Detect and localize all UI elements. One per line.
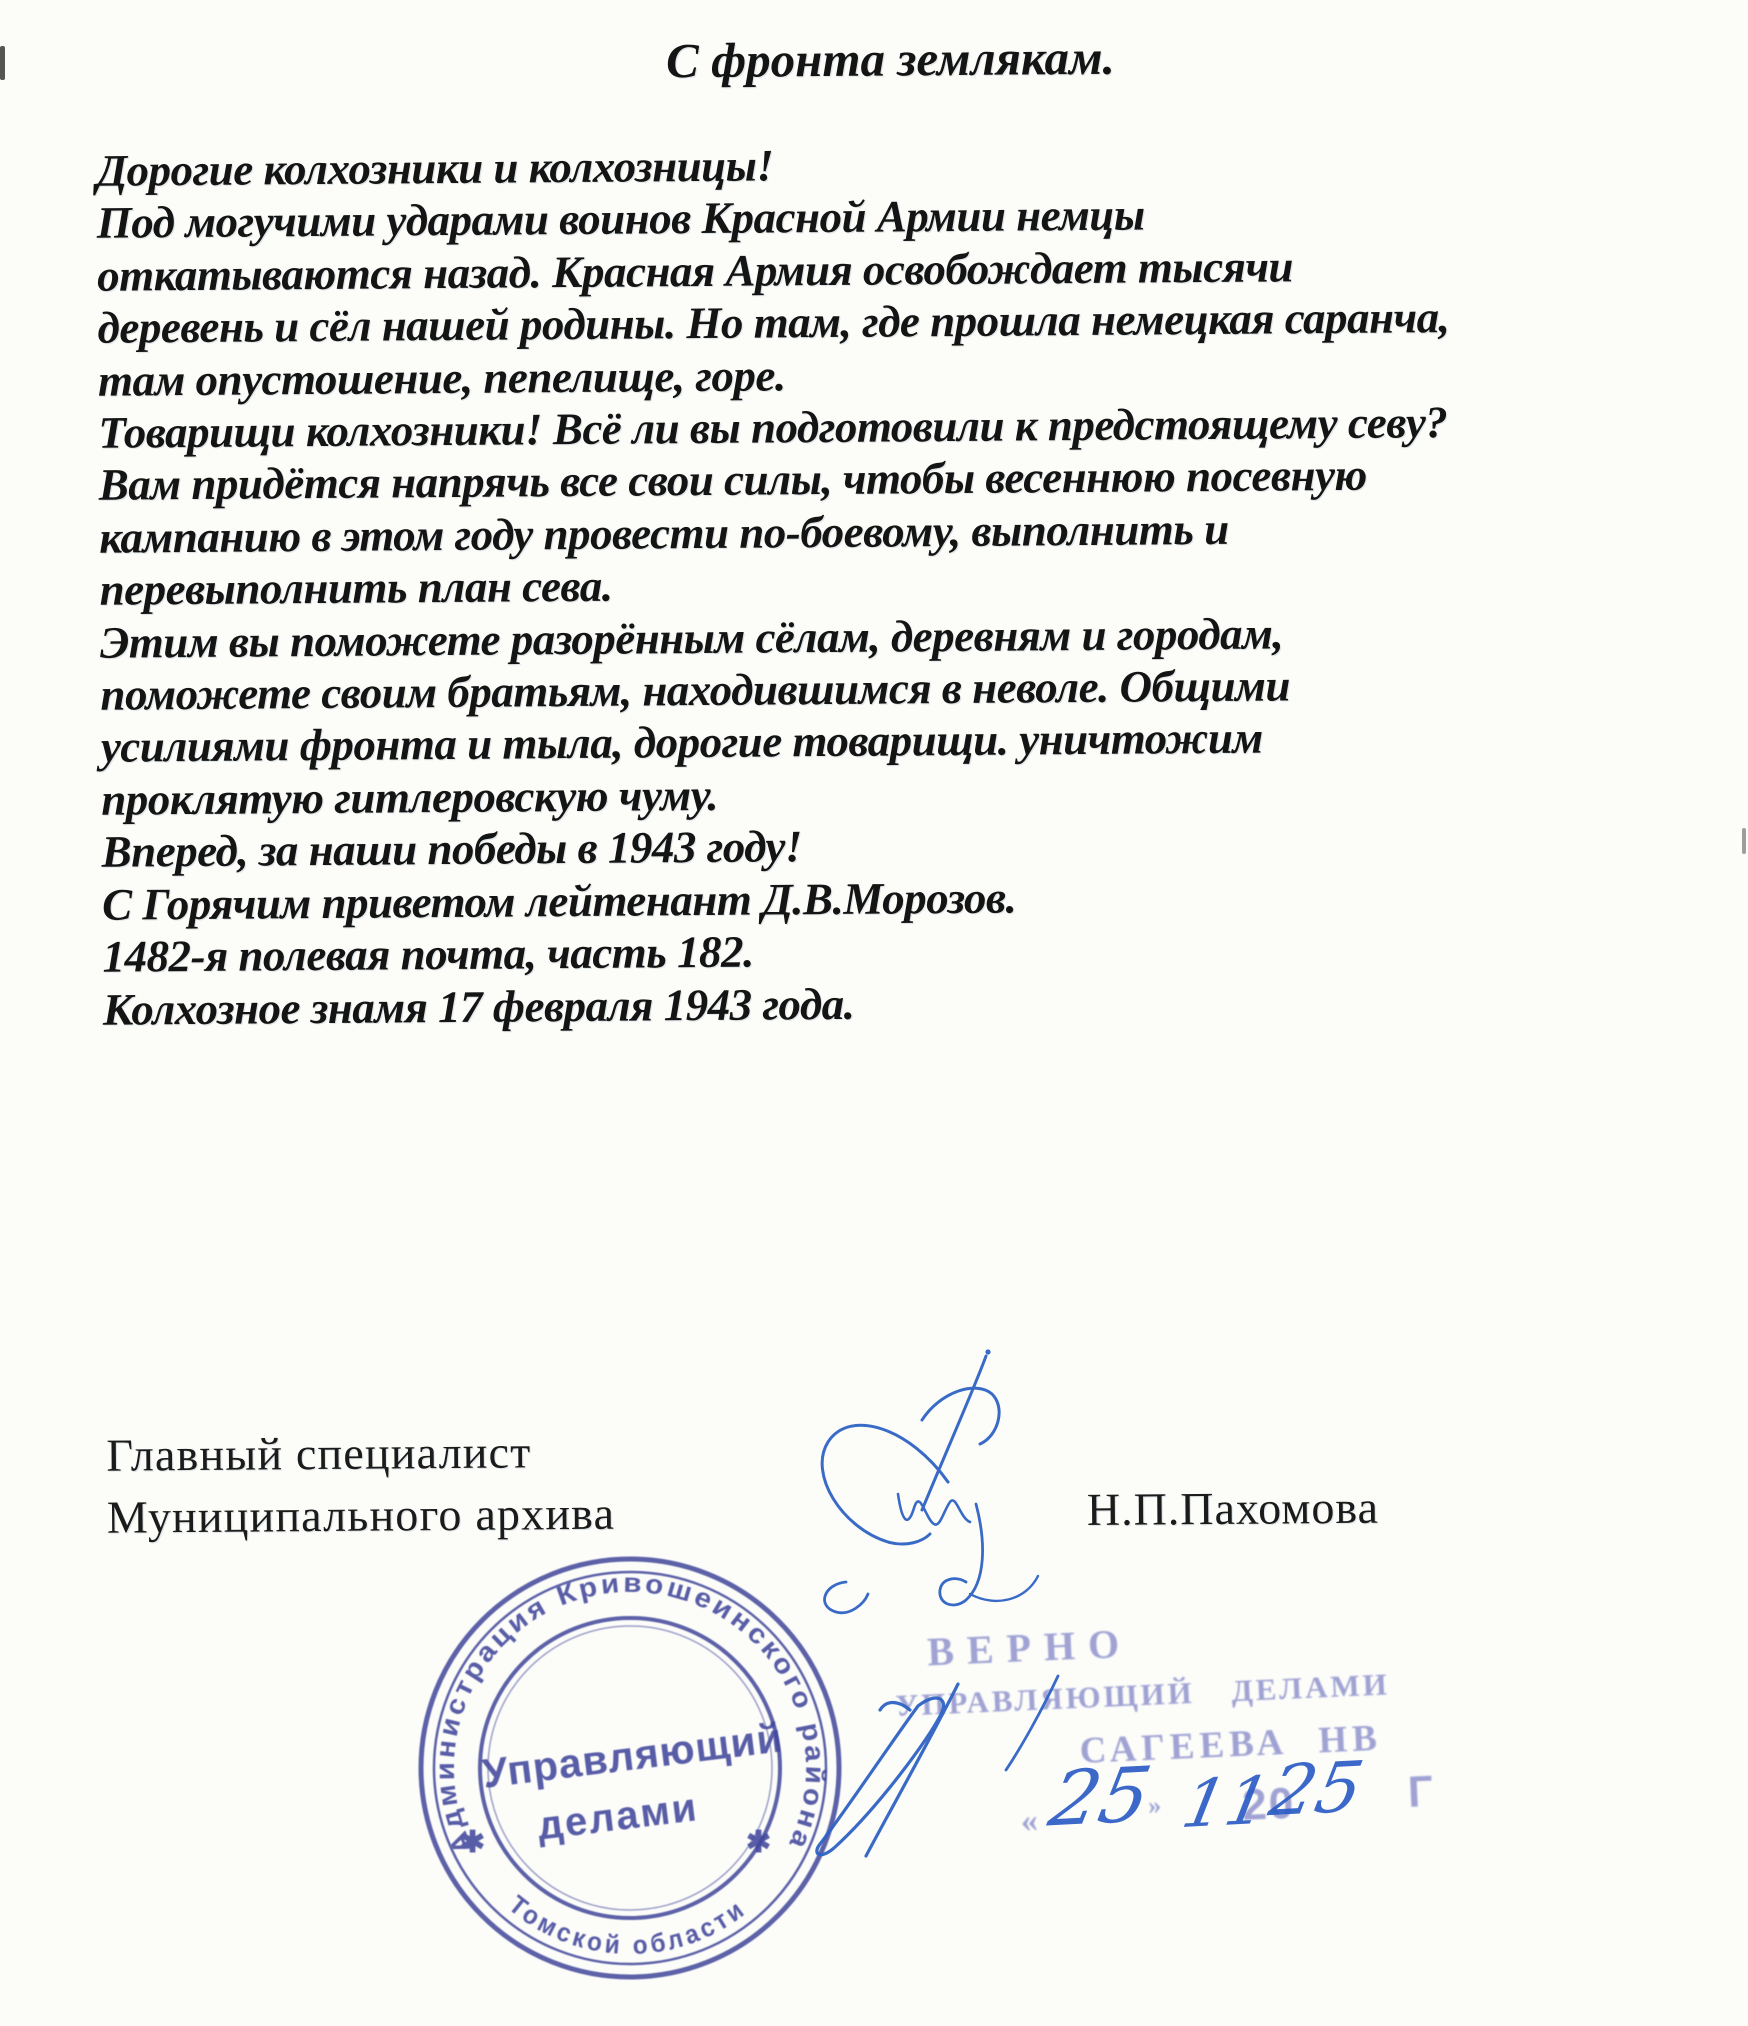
body-line: усилиями фронта и тыла, дорогие товарищи… — [101, 711, 1453, 774]
stamp-star-icon: ✱ — [460, 1826, 485, 1859]
stamp-center-line1: Управляющий — [480, 1714, 786, 1796]
handwritten-year: 25 — [1263, 1746, 1369, 1833]
stamp-star-icon: ✱ — [746, 1826, 771, 1859]
handwritten-month: 11 — [1176, 1762, 1276, 1843]
body-line: Вам придётся напрячь все свои силы, чтоб… — [99, 449, 1451, 512]
body-line: Колхозное знамя 17 февраля 1943 года. — [103, 973, 1455, 1036]
handwritten-day: 25 — [1043, 1750, 1158, 1844]
certifier-signature-icon — [790, 1648, 1090, 1878]
closing-position-line1: Главный специалист — [106, 1425, 531, 1481]
date-year-suffix: Г — [1407, 1767, 1434, 1818]
document-page: С фронта землякам. /* title bound below … — [0, 0, 1748, 2026]
stamp-arc-bottom-text: Томской области — [503, 1889, 752, 1960]
closing-position-line2: Муниципального архива — [107, 1487, 616, 1544]
signer-name: Н.П.Пахомова — [1087, 1481, 1380, 1536]
body-line: деревень и сёл нашей родины. Но там, где… — [97, 291, 1449, 354]
stamp-center-line2: делами — [535, 1785, 701, 1848]
letter-body: Дорогие колхозники и колхозницы! Под мог… — [96, 134, 1455, 1035]
letter-title: С фронта землякам. — [0, 24, 1748, 95]
date-close-quote: » — [1148, 1790, 1162, 1821]
